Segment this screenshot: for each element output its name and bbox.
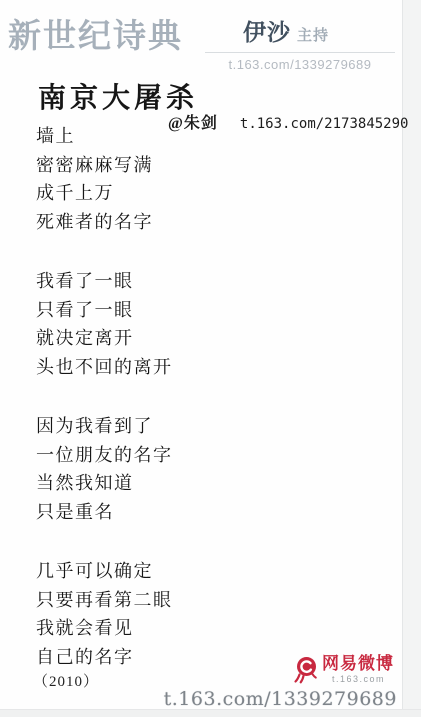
- poem-line: 只是重名: [36, 498, 173, 527]
- host-line: 伊沙主持: [205, 14, 395, 47]
- host-name: 伊沙: [243, 19, 291, 45]
- series-brand-logo: 新世纪诗典: [8, 10, 183, 57]
- poem-line: 几乎可以确定: [36, 557, 173, 586]
- poem-line: 死难者的名字: [36, 208, 173, 237]
- netease-weibo-wordmark: 网易微博: [322, 654, 394, 673]
- author-row: @朱剑t.163.com/2173845290: [168, 110, 408, 133]
- netease-weibo-text-block: 网易微博 t.163.com: [322, 654, 394, 684]
- poem-line: 就决定离开: [36, 324, 173, 353]
- poem-line: 头也不回的离开: [36, 353, 173, 382]
- host-block: 伊沙主持 t.163.com/1339279689: [205, 14, 395, 72]
- poem-line: 只要再看第二眼: [36, 586, 173, 615]
- poem-line: 墙上: [36, 122, 173, 151]
- netease-weibo-bird-icon: [292, 655, 319, 684]
- poem-card-page: 新世纪诗典 伊沙主持 t.163.com/1339279689 南京大屠杀 @朱…: [0, 0, 421, 717]
- author-name: @朱剑: [168, 115, 218, 132]
- right-edge-strip: [402, 0, 421, 717]
- poem-line: 自己的名字: [36, 643, 173, 672]
- poem-year: （2010）: [33, 670, 99, 691]
- watermark-url: t.163.com/1339279689: [164, 688, 397, 710]
- poem-line: 因为我看到了: [36, 412, 173, 441]
- stanza-3: 因为我看到了 一位朋友的名字 当然我知道 只是重名: [36, 412, 173, 526]
- poem-line: 我就会看见: [36, 614, 173, 643]
- host-role-label: 主持: [297, 27, 329, 44]
- bottom-edge-strip: [0, 709, 421, 717]
- poem-line: 当然我知道: [36, 469, 173, 498]
- poem-line: 一位朋友的名字: [36, 441, 173, 470]
- netease-weibo-url: t.163.com: [332, 674, 385, 684]
- stanza-2: 我看了一眼 只看了一眼 就决定离开 头也不回的离开: [36, 267, 173, 381]
- poem-line: 密密麻麻写满: [36, 151, 173, 180]
- poem-body: 墙上 密密麻麻写满 成千上万 死难者的名字 我看了一眼 只看了一眼 就决定离开 …: [36, 122, 173, 702]
- host-divider: [205, 52, 395, 53]
- author-url: t.163.com/2173845290: [240, 116, 409, 132]
- host-url: t.163.com/1339279689: [205, 57, 395, 72]
- netease-weibo-logo: 网易微博 t.163.com: [292, 654, 394, 684]
- stanza-1: 墙上 密密麻麻写满 成千上万 死难者的名字: [36, 122, 173, 236]
- poem-line: 我看了一眼: [36, 267, 173, 296]
- stanza-4: 几乎可以确定 只要再看第二眼 我就会看见 自己的名字: [36, 557, 173, 671]
- poem-line: 成千上万: [36, 179, 173, 208]
- poem-line: 只看了一眼: [36, 296, 173, 325]
